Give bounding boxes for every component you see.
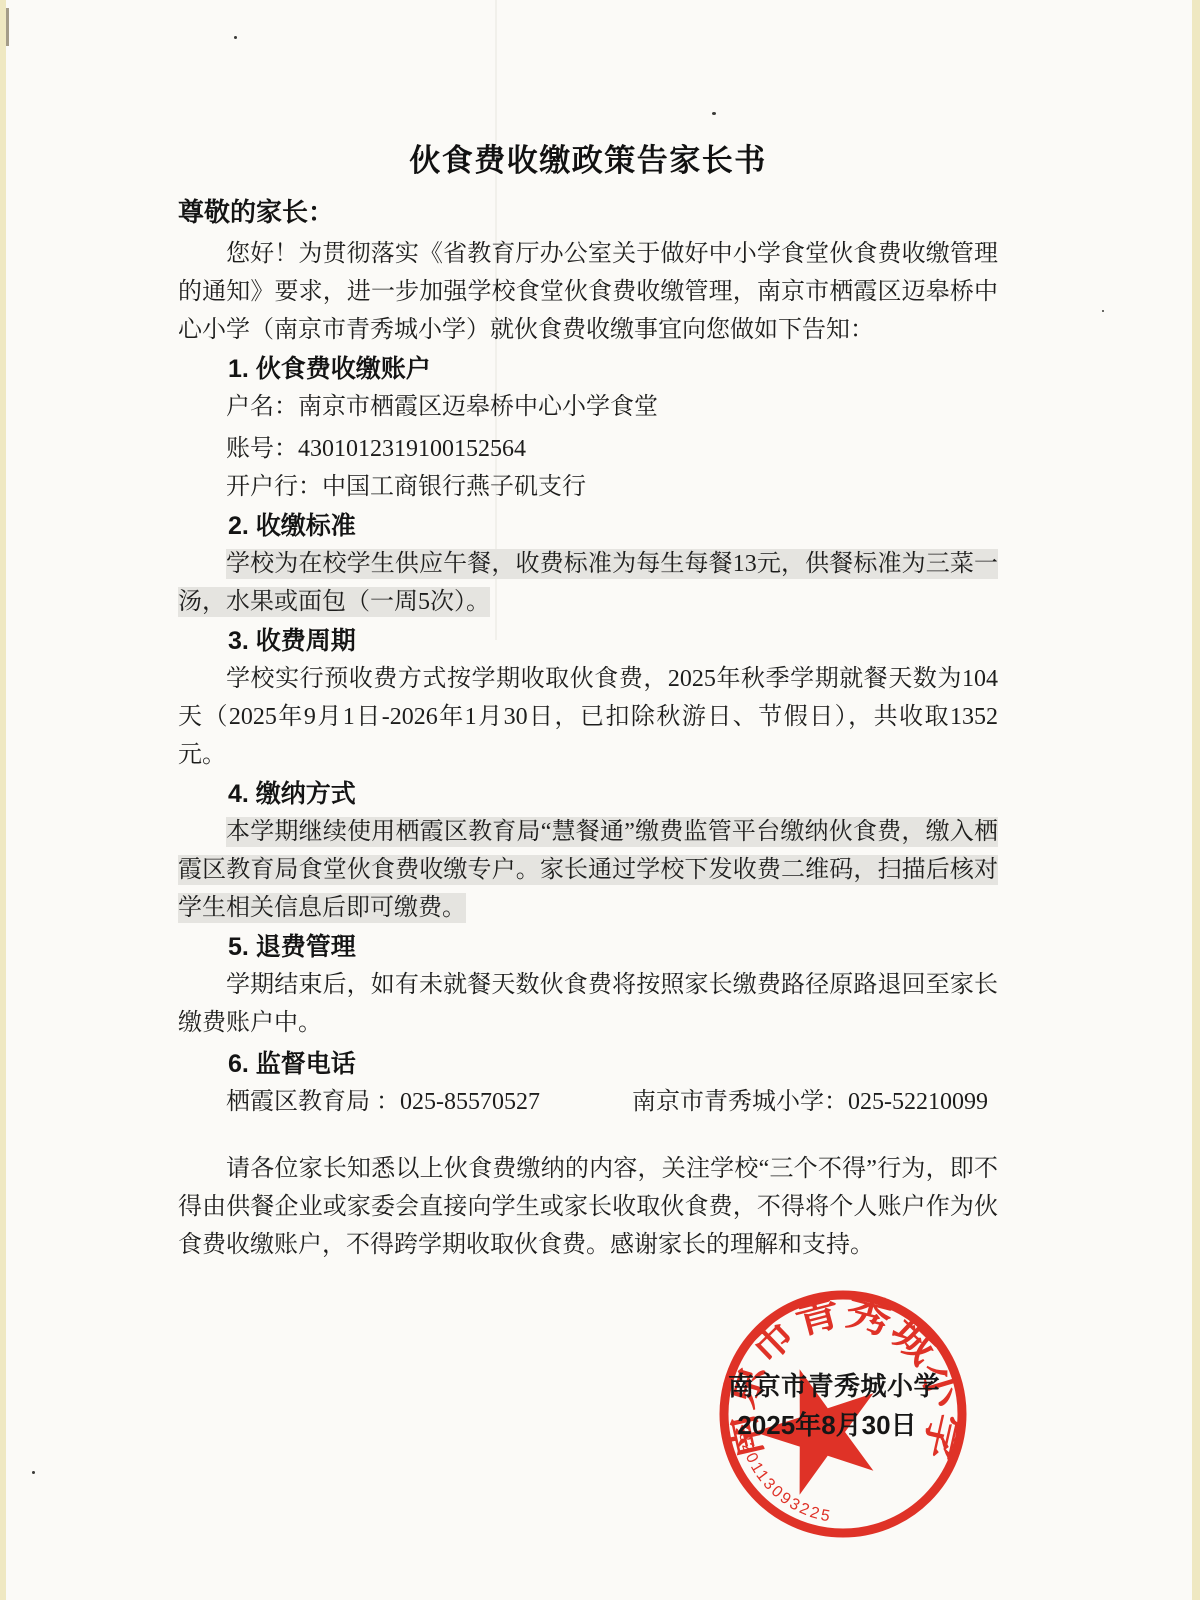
section-body: 学校为在校学生供应午餐，收费标准为每生每餐13元，供餐标准为三菜一汤，水果或面包… <box>178 545 998 621</box>
document-body: 伙食费收缴政策告家长书 尊敬的家长： 您好！为贯彻落实《省教育厅办公室关于做好中… <box>178 0 998 1264</box>
highlighted-text: 本学期继续使用栖霞区教育局“慧餐通”缴费监管平台缴纳伙食费，缴入栖霞区教育局食堂… <box>178 819 998 921</box>
account-name-line: 户名：南京市栖霞区迈皋桥中心小学食堂 <box>178 388 998 426</box>
section-account: 1. 伙食费收缴账户 户名：南京市栖霞区迈皋桥中心小学食堂 账号：4301012… <box>178 350 998 506</box>
section-heading: 1. 伙食费收缴账户 <box>178 350 998 388</box>
scan-edge-mark <box>6 8 9 46</box>
section-heading: 6. 监督电话 <box>178 1045 998 1083</box>
section-supervision-phone: 6. 监督电话 栖霞区教育局 ：025-85570527南京市青秀城小学：025… <box>178 1045 998 1121</box>
section-billing-period: 3. 收费周期 学校实行预收费方式按学期收取伙食费，2025年秋季学期就餐天数为… <box>178 622 998 774</box>
section-heading: 3. 收费周期 <box>178 622 998 660</box>
section-fee-standard: 2. 收缴标准 学校为在校学生供应午餐，收费标准为每生每餐13元，供餐标准为三菜… <box>178 507 998 621</box>
section-heading: 2. 收缴标准 <box>178 507 998 545</box>
phone-numbers-line: 栖霞区教育局 ：025-85570527南京市青秀城小学：025-5221009… <box>178 1083 998 1121</box>
closing-paragraph: 请各位家长知悉以上伙食费缴纳的内容，关注学校“三个不得”行为，即不得由供餐企业或… <box>178 1150 998 1264</box>
account-number-line: 账号：4301012319100152564 <box>178 430 998 468</box>
document-page: 伙食费收缴政策告家长书 尊敬的家长： 您好！为贯彻落实《省教育厅办公室关于做好中… <box>6 0 1192 1600</box>
signature-and-seal: 南京市青秀城小学 3201130932259 南京市青秀城小学 2025年8月3… <box>693 1262 993 1588</box>
section-body: 本学期继续使用栖霞区教育局“慧餐通”缴费监管平台缴纳伙食费，缴入栖霞区教育局食堂… <box>178 813 998 927</box>
bank-line: 开户行：中国工商银行燕子矶支行 <box>178 468 998 506</box>
signature-date: 2025年8月30日 <box>737 1405 916 1442</box>
scanned-notice-page: { "document": { "title": "伙食费收缴政策告家长书", … <box>0 0 1200 1600</box>
phone-education-bureau: 栖霞区教育局 ：025-85570527 <box>226 1089 540 1115</box>
section-refund: 5. 退费管理 学期结束后，如有未就餐天数伙食费将按照家长缴费路径原路退回至家长… <box>178 928 998 1042</box>
highlighted-text: 学校为在校学生供应午餐，收费标准为每生每餐13元，供餐标准为三菜一汤，水果或面包… <box>178 551 998 615</box>
section-body: 学期结束后，如有未就餐天数伙食费将按照家长缴费路径原路退回至家长缴费账户中。 <box>178 966 998 1042</box>
section-heading: 5. 退费管理 <box>178 928 998 966</box>
section-payment-method: 4. 缴纳方式 本学期继续使用栖霞区教育局“慧餐通”缴费监管平台缴纳伙食费，缴入… <box>178 775 998 927</box>
section-body: 学校实行预收费方式按学期收取伙食费，2025年秋季学期就餐天数为104天（202… <box>178 660 998 774</box>
phone-school: 南京市青秀城小学：025-52210099 <box>632 1089 988 1115</box>
signature-school-name: 南京市青秀城小学 <box>728 1366 940 1403</box>
scan-speck <box>1102 310 1104 312</box>
intro-paragraph: 您好！为贯彻落实《省教育厅办公室关于做好中小学食堂伙食费收缴管理的通知》要求，进… <box>178 235 998 349</box>
scan-speck <box>32 1471 35 1474</box>
salutation: 尊敬的家长： <box>178 193 998 231</box>
section-heading: 4. 缴纳方式 <box>178 775 998 813</box>
page-title: 伙食费收缴政策告家长书 <box>178 141 998 181</box>
